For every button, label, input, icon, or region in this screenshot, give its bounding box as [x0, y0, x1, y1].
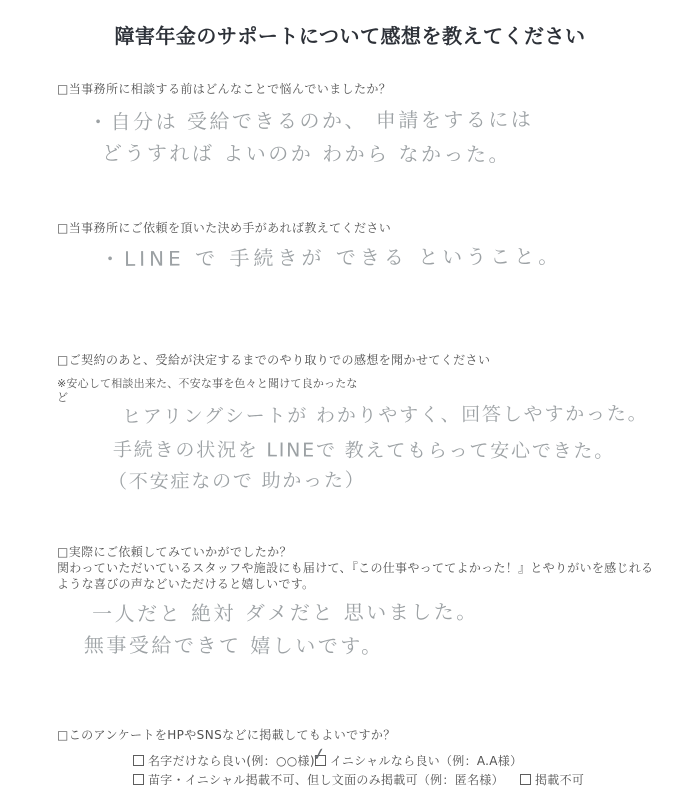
checkbox-name-only-icon[interactable]	[133, 755, 144, 766]
option-text-only-label: 苗字・イニシャル掲載不可、但し文面のみ掲載可（例：匿名様）	[148, 773, 504, 787]
checkbox-no-publish-icon[interactable]	[520, 774, 531, 785]
handwritten-answer-3-line-2: 手続きの状況を LINEで 教えてもらって安心できた。	[113, 435, 615, 463]
option-no-publish[interactable]: 掲載不可	[520, 771, 584, 788]
checkbox-text-only-icon[interactable]	[133, 774, 144, 785]
question-3-label: □ご契約のあと、受給が決定するまでのやり取りでの感想を聞かせてください	[57, 351, 490, 368]
option-name-only[interactable]: 名字だけなら良い(例：○○様)	[133, 752, 315, 769]
checkbox-initials-ok-icon[interactable]	[315, 755, 326, 766]
option-initials-ok-label: イニシャルなら良い（例：A.A様）	[330, 754, 522, 768]
question-4-description: 関わっていただいているスタッフや施設にも届けて、『この仕事やっててよかった！』と…	[57, 560, 661, 592]
question-1-label: □当事務所に相談する前はどんなことで悩んでいましたか？	[57, 80, 391, 97]
question-3-note-line-1: ※安心して相談出来た、不安な事を色々と聞けて良かったな	[57, 375, 358, 391]
option-initials-ok[interactable]: イニシャルなら良い（例：A.A様）	[315, 752, 522, 769]
question-3-note-line-2: ど	[57, 389, 68, 405]
question-5-label: □このアンケートをHPやSNSなどに掲載してもよいですか？	[57, 726, 396, 743]
option-text-only[interactable]: 苗字・イニシャル掲載不可、但し文面のみ掲載可（例：匿名様）	[133, 771, 504, 788]
handwritten-answer-2-line-1: ・LINE で 手続きが できる ということ。	[100, 240, 562, 272]
handwritten-answer-4-line-1: 一人だと 絶対 ダメだと 思いました。	[92, 596, 479, 627]
handwritten-answer-1-line-2: どうすれば よいのか わから なかった。	[102, 137, 511, 167]
question-4-label: □実際にご依頼してみていかがでしたか？	[57, 543, 292, 560]
option-no-publish-label: 掲載不可	[535, 773, 584, 787]
handwritten-answer-1-line-1: ・自分は 受給できるのか、 申請をするには	[88, 103, 533, 135]
option-name-only-label: 名字だけなら良い(例：○○様)	[148, 754, 315, 768]
handwritten-answer-3-line-3: （不安症なので 助かった）	[108, 465, 366, 494]
handwritten-answer-3-line-1: ヒアリングシートが わかりやすく、回答しやすかった。	[122, 399, 648, 429]
page-title: 障害年金のサポートについて感想を教えてください	[0, 20, 700, 49]
handwritten-answer-4-line-2: 無事受給できて 嬉しいです。	[84, 629, 384, 659]
question-2-label: □当事務所にご依頼を頂いた決め手があれば教えてください	[57, 219, 391, 236]
scanned-survey-page: 障害年金のサポートについて感想を教えてください □当事務所に相談する前はどんなこ…	[0, 0, 700, 803]
